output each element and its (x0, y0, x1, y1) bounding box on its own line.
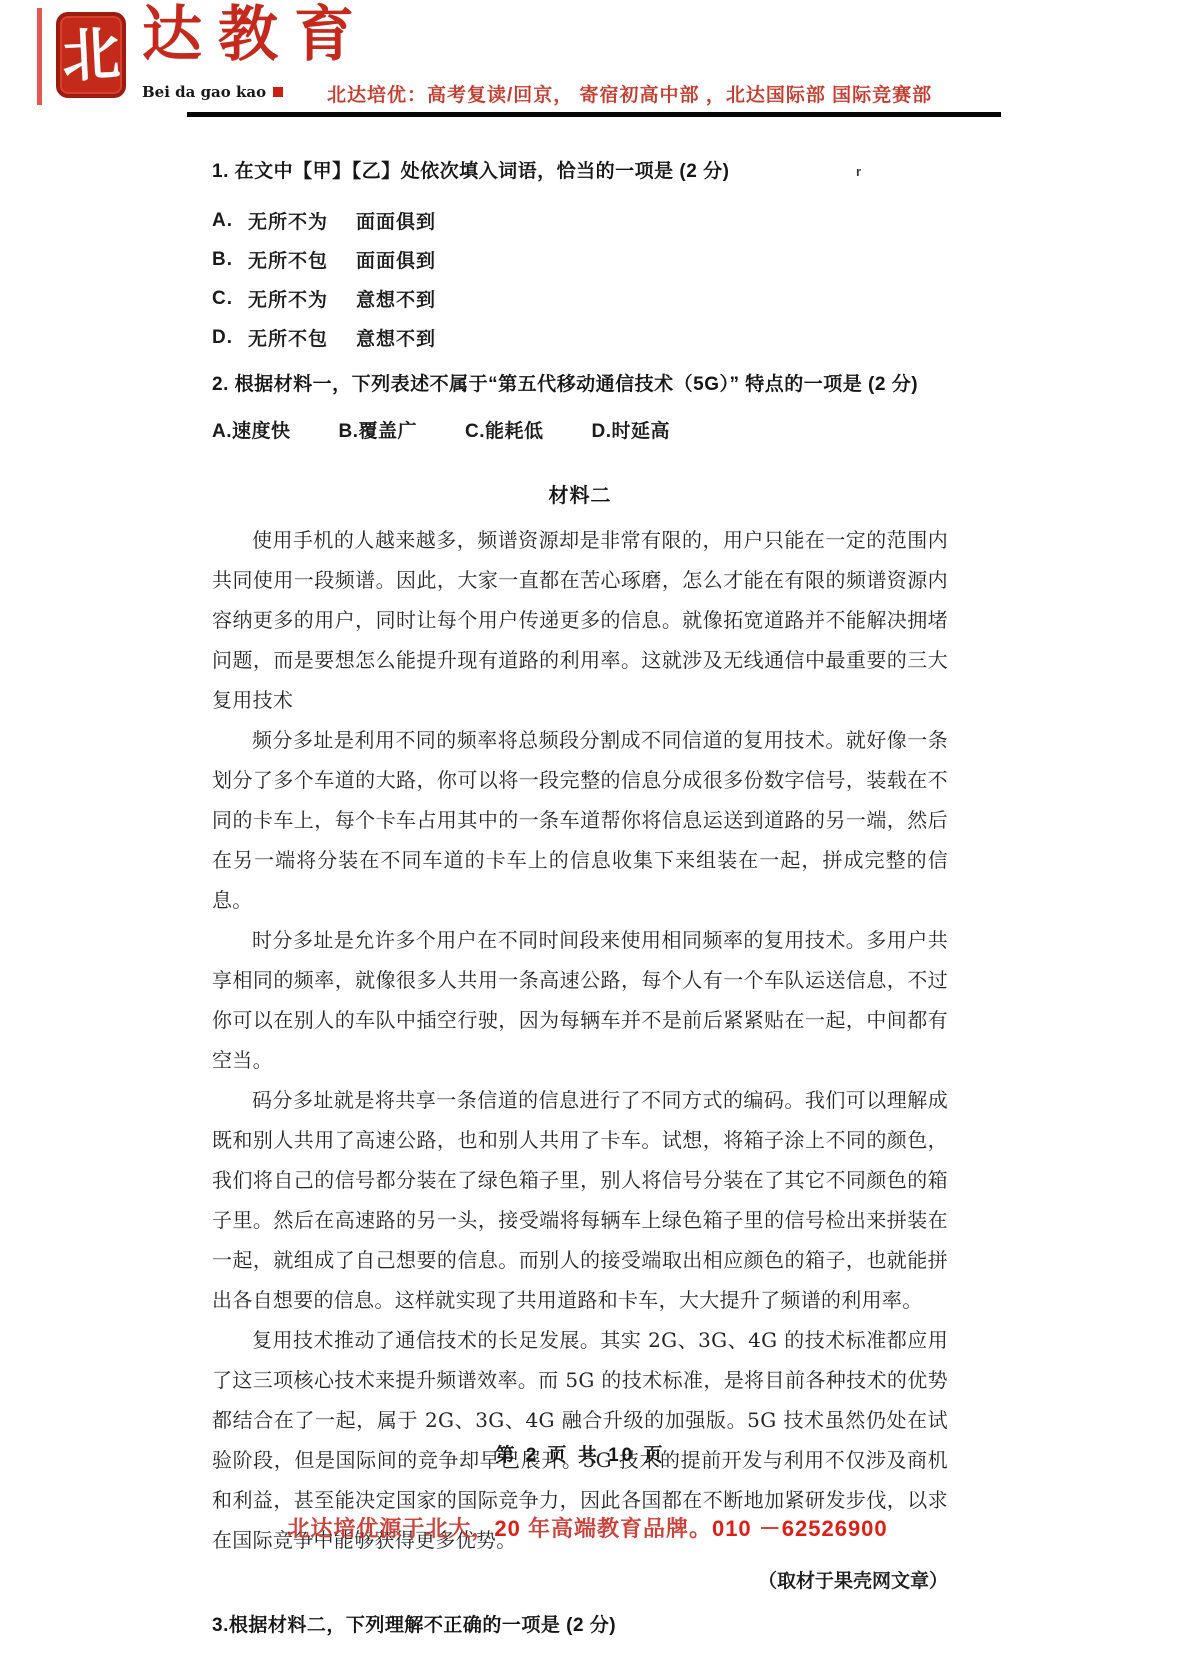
question-1-option-a: A. 无所不为 面面俱到 (212, 201, 948, 240)
question-2-option-b: B.覆盖广 (339, 416, 418, 443)
beida-seal-logo: 北 (56, 12, 126, 98)
brand-pinyin-subtitle: Bei da gao kao (142, 83, 283, 101)
exam-page-content: 1. 在文中【甲】【乙】处依次填入词语，恰当的一项是 (2 分) A. 无所不为… (212, 156, 948, 1637)
promo-mid: 年高端教育品牌。 (521, 1516, 712, 1541)
question-2-option-a: A.速度快 (212, 416, 291, 443)
option-label: A. (212, 210, 248, 232)
question-2-option-d: D.时延高 (592, 416, 671, 443)
brand-pinyin-text: Bei da gao kao (142, 83, 266, 101)
header-slogan: 北达培优：高考复读/回京， 寄宿初高中部 ，北达国际部 国际竞赛部 (327, 80, 932, 107)
question-2-option-c: C.能耗低 (465, 416, 544, 443)
material-paragraph-4: 码分多址就是将共享一条信道的信息进行了不同方式的编码。我们可以理解成既和别人共用… (212, 1080, 948, 1320)
question-2-options-row: A.速度快 B.覆盖广 C.能耗低 D.时延高 (212, 416, 948, 443)
question-1-option-c: C. 无所不为 意想不到 (212, 279, 948, 318)
option-label: D. (212, 327, 248, 349)
seal-character: 北 (61, 25, 122, 86)
red-square-icon (273, 87, 283, 97)
option-word-2: 意想不到 (356, 324, 436, 351)
question-1-stem: 1. 在文中【甲】【乙】处依次填入词语，恰当的一项是 (2 分) (212, 156, 948, 183)
question-2-stem: 2. 根据材料一，下列表述不属于“第五代移动通信技术（5G）” 特点的一项是 (… (212, 369, 948, 396)
option-word-2: 面面俱到 (356, 207, 436, 234)
material-paragraph-1: 使用手机的人越来越多，频谱资源却是非常有限的，用户只能在一定的范围内共同使用一段… (212, 520, 948, 720)
footer-promo-line: 北达培优源于北大，20 年高端教育品牌。010 －62526900 (0, 1512, 1175, 1543)
left-edge-red-line (37, 8, 42, 105)
question-3-stem: 3.根据材料二，下列理解不正确的一项是 (2 分) (212, 1610, 948, 1637)
material-attribution: （取材于果壳网文章） (212, 1560, 948, 1602)
promo-prefix: 北达培优源于北大， (287, 1516, 494, 1541)
question-1-option-d: D. 无所不包 意想不到 (212, 318, 948, 357)
material-paragraph-3: 时分多址是允许多个用户在不同时间段来使用相同频率的复用技术。多用户共享相同的频率… (212, 920, 948, 1080)
material-paragraph-2: 频分多址是利用不同的频率将总频段分割成不同信道的复用技术。就好像一条划分了多个车… (212, 720, 948, 920)
promo-phone-number: 010 －62526900 (712, 1516, 888, 1541)
option-word-1: 无所不为 (248, 285, 356, 312)
option-label: C. (212, 288, 248, 310)
material-2-heading: 材料二 (212, 479, 948, 508)
question-1-option-b: B. 无所不包 面面俱到 (212, 240, 948, 279)
option-word-1: 无所不包 (248, 246, 356, 273)
option-word-1: 无所不为 (248, 207, 356, 234)
option-label: B. (212, 249, 248, 271)
header-divider-rule (187, 112, 1001, 117)
promo-year: 20 (494, 1516, 520, 1541)
option-word-2: 意想不到 (356, 285, 436, 312)
material-2-body: 使用手机的人越来越多，频谱资源却是非常有限的，用户只能在一定的范围内共同使用一段… (212, 520, 948, 1560)
option-word-1: 无所不包 (248, 324, 356, 351)
page-number: 第 2 页 共 10 页 (0, 1440, 1161, 1467)
brand-calligraphy-title: 达教育 (142, 0, 370, 74)
option-word-2: 面面俱到 (356, 246, 436, 273)
